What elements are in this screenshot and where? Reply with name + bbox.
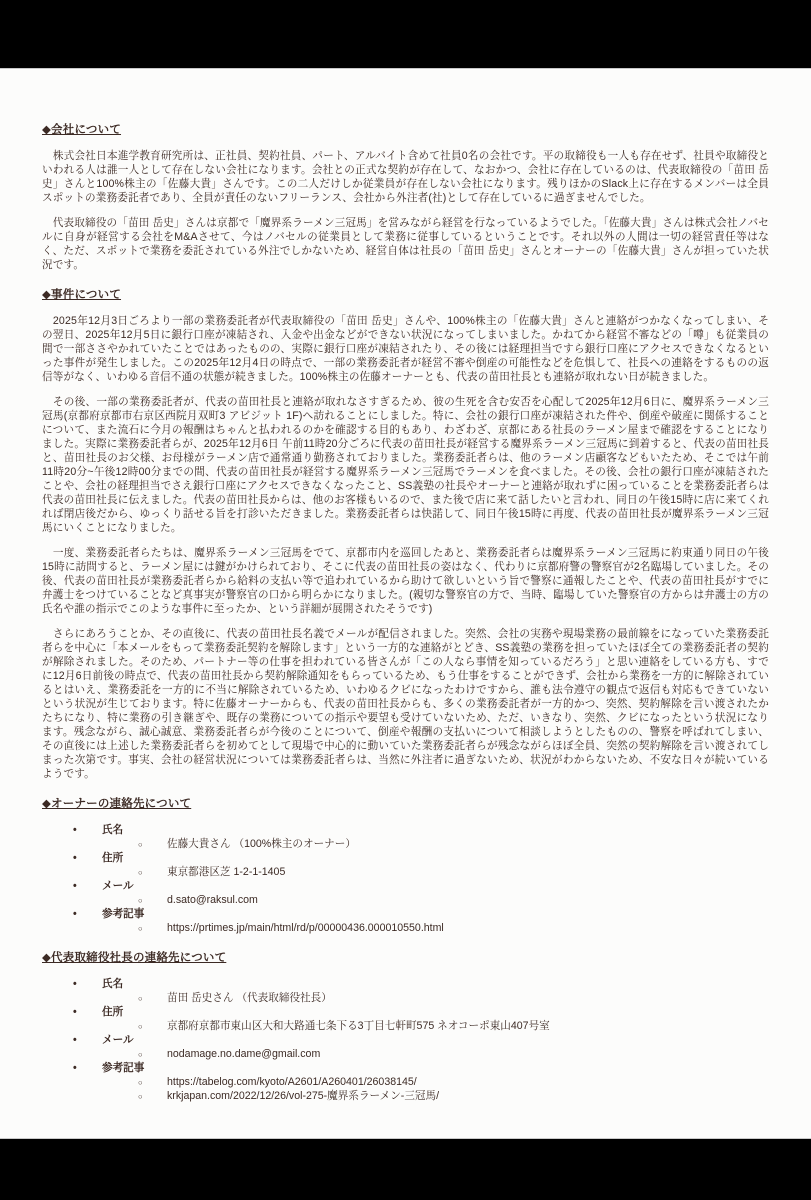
section-heading-incident: ◆事件について xyxy=(42,288,769,302)
paragraph: 代表取締役の「苗田 岳史」さんは京都で「魔界系ラーメン三冠馬」を営みながら経営を… xyxy=(42,216,769,272)
contact-value-address: 東京都港区芝 1-2-1-1405 xyxy=(102,865,769,879)
contact-value-reference-url: https://tabelog.com/kyoto/A2601/A260401/… xyxy=(102,1075,769,1089)
paragraph: 2025年12月3日ごろより一部の業務委託者が代表取締役の「苗田 岳史」さんや、… xyxy=(42,314,769,384)
list-item: 参考記事 https://prtimes.jp/main/html/rd/p/0… xyxy=(42,907,769,935)
section-heading-company: ◆会社について xyxy=(42,123,769,137)
list-item: 住所 京都府京都市東山区大和大路通七条下る3丁目七軒町575 ネオコーポ東山40… xyxy=(42,1005,769,1033)
section-ceo-contact: ◆代表取締役社長の連絡先について 氏名 苗田 岳史さん （代表取締役社長） 住所… xyxy=(42,951,769,1103)
contact-label-name: 氏名 xyxy=(102,978,123,990)
contact-value-reference-url: https://prtimes.jp/main/html/rd/p/000004… xyxy=(102,921,769,935)
document-page: ◆会社について 株式会社日本進学教育研究所は、正社員、契約社員、パート、アルバイ… xyxy=(0,69,811,1138)
ceo-contact-list: 氏名 苗田 岳史さん （代表取締役社長） 住所 京都府京都市東山区大和大路通七条… xyxy=(42,977,769,1103)
list-item: メール d.sato@raksul.com xyxy=(42,879,769,907)
owner-contact-list: 氏名 佐藤大貴さん （100%株主のオーナー） 住所 東京都港区芝 1-2-1-… xyxy=(42,823,769,935)
contact-value-address: 京都府京都市東山区大和大路通七条下る3丁目七軒町575 ネオコーポ東山407号室 xyxy=(102,1019,769,1033)
section-company: ◆会社について 株式会社日本進学教育研究所は、正社員、契約社員、パート、アルバイ… xyxy=(42,123,769,272)
contact-label-email: メール xyxy=(102,1034,134,1046)
section-incident: ◆事件について 2025年12月3日ごろより一部の業務委託者が代表取締役の「苗田… xyxy=(42,288,769,781)
list-item: 住所 東京都港区芝 1-2-1-1405 xyxy=(42,851,769,879)
contact-value-email: nodamage.no.dame@gmail.com xyxy=(102,1047,769,1061)
list-item: 氏名 佐藤大貴さん （100%株主のオーナー） xyxy=(42,823,769,851)
paragraph: 一度、業務委託者らたちは、魔界系ラーメン三冠馬をでて、京都市内を巡回したあと、業… xyxy=(42,546,769,616)
contact-label-address: 住所 xyxy=(102,852,123,864)
section-heading-owner-contact: ◆オーナーの連絡先について xyxy=(42,797,769,811)
list-item: 氏名 苗田 岳史さん （代表取締役社長） xyxy=(42,977,769,1005)
paragraph: その後、一部の業務委託者が、代表の苗田社長と連絡が取れなさすぎるため、彼の生死を… xyxy=(42,395,769,535)
list-item: メール nodamage.no.dame@gmail.com xyxy=(42,1033,769,1061)
top-letterbox-bar xyxy=(0,0,811,69)
contact-value-name: 佐藤大貴さん （100%株主のオーナー） xyxy=(102,837,769,851)
bottom-letterbox-bar xyxy=(0,1138,811,1200)
contact-value-name: 苗田 岳史さん （代表取締役社長） xyxy=(102,991,769,1005)
paragraph: 株式会社日本進学教育研究所は、正社員、契約社員、パート、アルバイト含めて社員0名… xyxy=(42,149,769,205)
section-owner-contact: ◆オーナーの連絡先について 氏名 佐藤大貴さん （100%株主のオーナー） 住所… xyxy=(42,797,769,935)
contact-value-reference-url: krkjapan.com/2022/12/26/vol-275-魔界系ラーメン-… xyxy=(102,1089,769,1103)
contact-label-name: 氏名 xyxy=(102,824,123,836)
contact-label-address: 住所 xyxy=(102,1006,123,1018)
contact-label-email: メール xyxy=(102,880,134,892)
paragraph: さらにあろうことか、その直後に、代表の苗田社長名義でメールが配信されました。突然… xyxy=(42,627,769,781)
list-item: 参考記事 https://tabelog.com/kyoto/A2601/A26… xyxy=(42,1061,769,1103)
section-heading-ceo-contact: ◆代表取締役社長の連絡先について xyxy=(42,951,769,965)
screenshot-frame: ◆会社について 株式会社日本進学教育研究所は、正社員、契約社員、パート、アルバイ… xyxy=(0,0,811,1200)
contact-value-email: d.sato@raksul.com xyxy=(102,893,769,907)
contact-label-reference: 参考記事 xyxy=(102,908,144,920)
contact-label-reference: 参考記事 xyxy=(102,1062,144,1074)
